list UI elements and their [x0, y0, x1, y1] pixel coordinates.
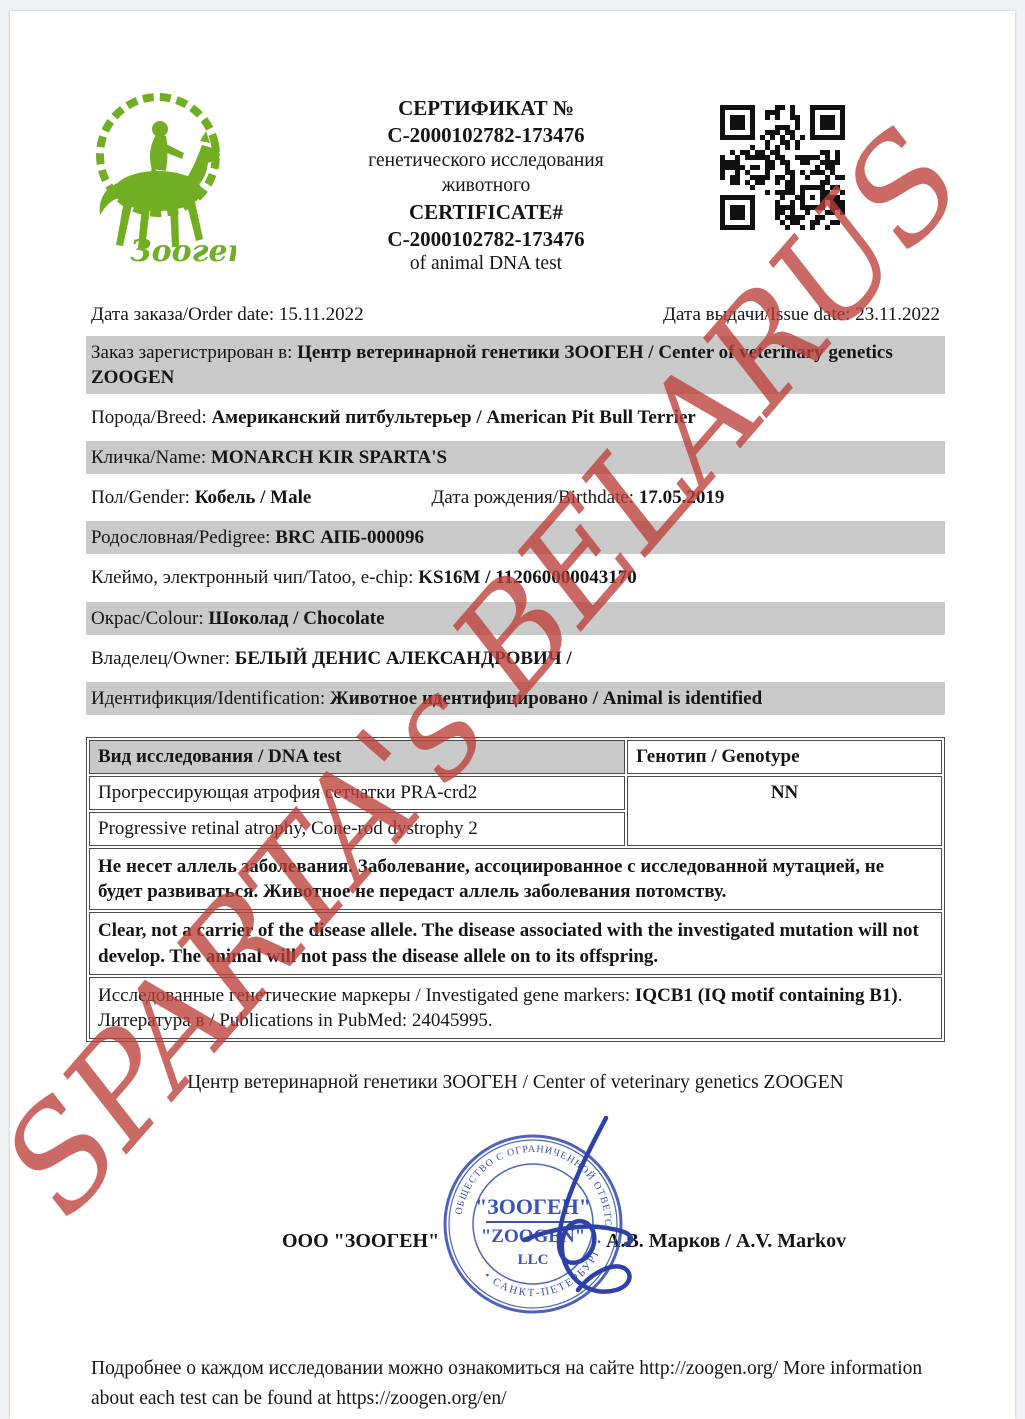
- field-owner: Владелец/Owner: БЕЛЫЙ ДЕНИС АЛЕКСАНДРОВИ…: [86, 642, 945, 675]
- certificate-screenshot: { "watermark": { "text": "SPARTA's BELAR…: [0, 0, 1025, 1419]
- field-identification: Идентификция/Identification: Животное ид…: [86, 682, 945, 715]
- title-ru-sub2: животного: [276, 174, 696, 199]
- field-gender-birthdate: Пол/Gender: Кобель / Male Дата рождения/…: [86, 481, 945, 514]
- center-org-line: Центр ветеринарной генетики ЗООГЕН / Cen…: [86, 1072, 945, 1094]
- company-label: ООО "ЗООГЕН": [282, 1230, 439, 1253]
- header: Зооген СЕРТИФИКАТ № C-2000102782-173476 …: [86, 11, 945, 278]
- test-name-en: Progressive retinal atrophy, Cone-rod dy…: [89, 812, 625, 846]
- title-ru-label: СЕРТИФИКАТ №: [276, 95, 696, 122]
- footer-note: Подробнее о каждом исследовании можно оз…: [86, 1354, 945, 1413]
- title-en-sub: of animal DNA test: [276, 252, 696, 277]
- field-birthdate: Дата рождения/Birthdate: 17.05.2019: [431, 485, 724, 510]
- field-pedigree: Родословная/Pedigree: BRC АПБ-000096: [86, 521, 945, 554]
- title-en-label: CERTIFICATE#: [276, 199, 696, 226]
- field-colour: Окрас/Colour: Шоколад / Chocolate: [86, 602, 945, 635]
- field-registered: Заказ зарегистрирован в: Центр ветеринар…: [86, 336, 945, 394]
- title-ru-sub1: генетического исследования: [276, 149, 696, 174]
- animal-fields: Дата заказа/Order date: 15.11.2022 Дата …: [86, 304, 945, 715]
- issue-date: Дата выдачи/Issue date: 23.11.2022: [663, 304, 940, 326]
- col-header-genotype: Генотип / Genotype: [627, 740, 942, 774]
- title-ru-number: C-2000102782-173476: [276, 122, 696, 149]
- order-date: Дата заказа/Order date: 15.11.2022: [91, 304, 364, 326]
- field-gender: Пол/Gender: Кобель / Male: [91, 485, 311, 510]
- dates-row: Дата заказа/Order date: 15.11.2022 Дата …: [86, 304, 945, 326]
- field-name: Кличка/Name: MONARCH KIR SPARTA'S: [86, 441, 945, 474]
- genotype-value: NN: [627, 776, 942, 846]
- stamp-center-ru: "ЗООГЕН": [475, 1194, 591, 1219]
- gene-markers: Исследованные генетические маркеры / Inv…: [89, 977, 942, 1040]
- company-stamp: ОБЩЕСТВО С ОГРАНИЧЕННОЙ ОТВЕТСТВЕННОСТЬЮ…: [428, 1112, 668, 1327]
- test-name-ru: Прогрессирующая атрофия сетчатки PRA-crd…: [89, 776, 625, 810]
- logo-script-text: Зооген: [130, 234, 236, 269]
- field-breed: Порода/Breed: Американский питбультерьер…: [86, 401, 945, 434]
- certificate-title: СЕРТИФИКАТ № C-2000102782-173476 генетич…: [276, 95, 696, 277]
- qr-code: [720, 105, 845, 230]
- certificate-page: Зооген СЕРТИФИКАТ № C-2000102782-173476 …: [10, 11, 1015, 1419]
- stamp-center-llc: LLC: [518, 1252, 549, 1268]
- zoogen-logo: Зооген: [86, 83, 236, 278]
- result-text-ru: Не несет аллель заболевания. Заболевание…: [89, 848, 942, 911]
- col-header-dna-test: Вид исследования / DNA test: [89, 740, 625, 774]
- dna-results-table: Вид исследования / DNA test Генотип / Ge…: [86, 737, 945, 1043]
- horse-rider-logo-icon: Зооген: [86, 83, 236, 273]
- signature-zone: ООО "ЗООГЕН" А.В. Марков / A.V. Markov О…: [86, 1102, 945, 1332]
- title-en-number: C-2000102782-173476: [276, 226, 696, 253]
- result-text-en: Clear, not a carrier of the disease alle…: [89, 912, 942, 975]
- field-tatoo: Клеймо, электронный чип/Tatoo, e-chip: K…: [86, 561, 945, 594]
